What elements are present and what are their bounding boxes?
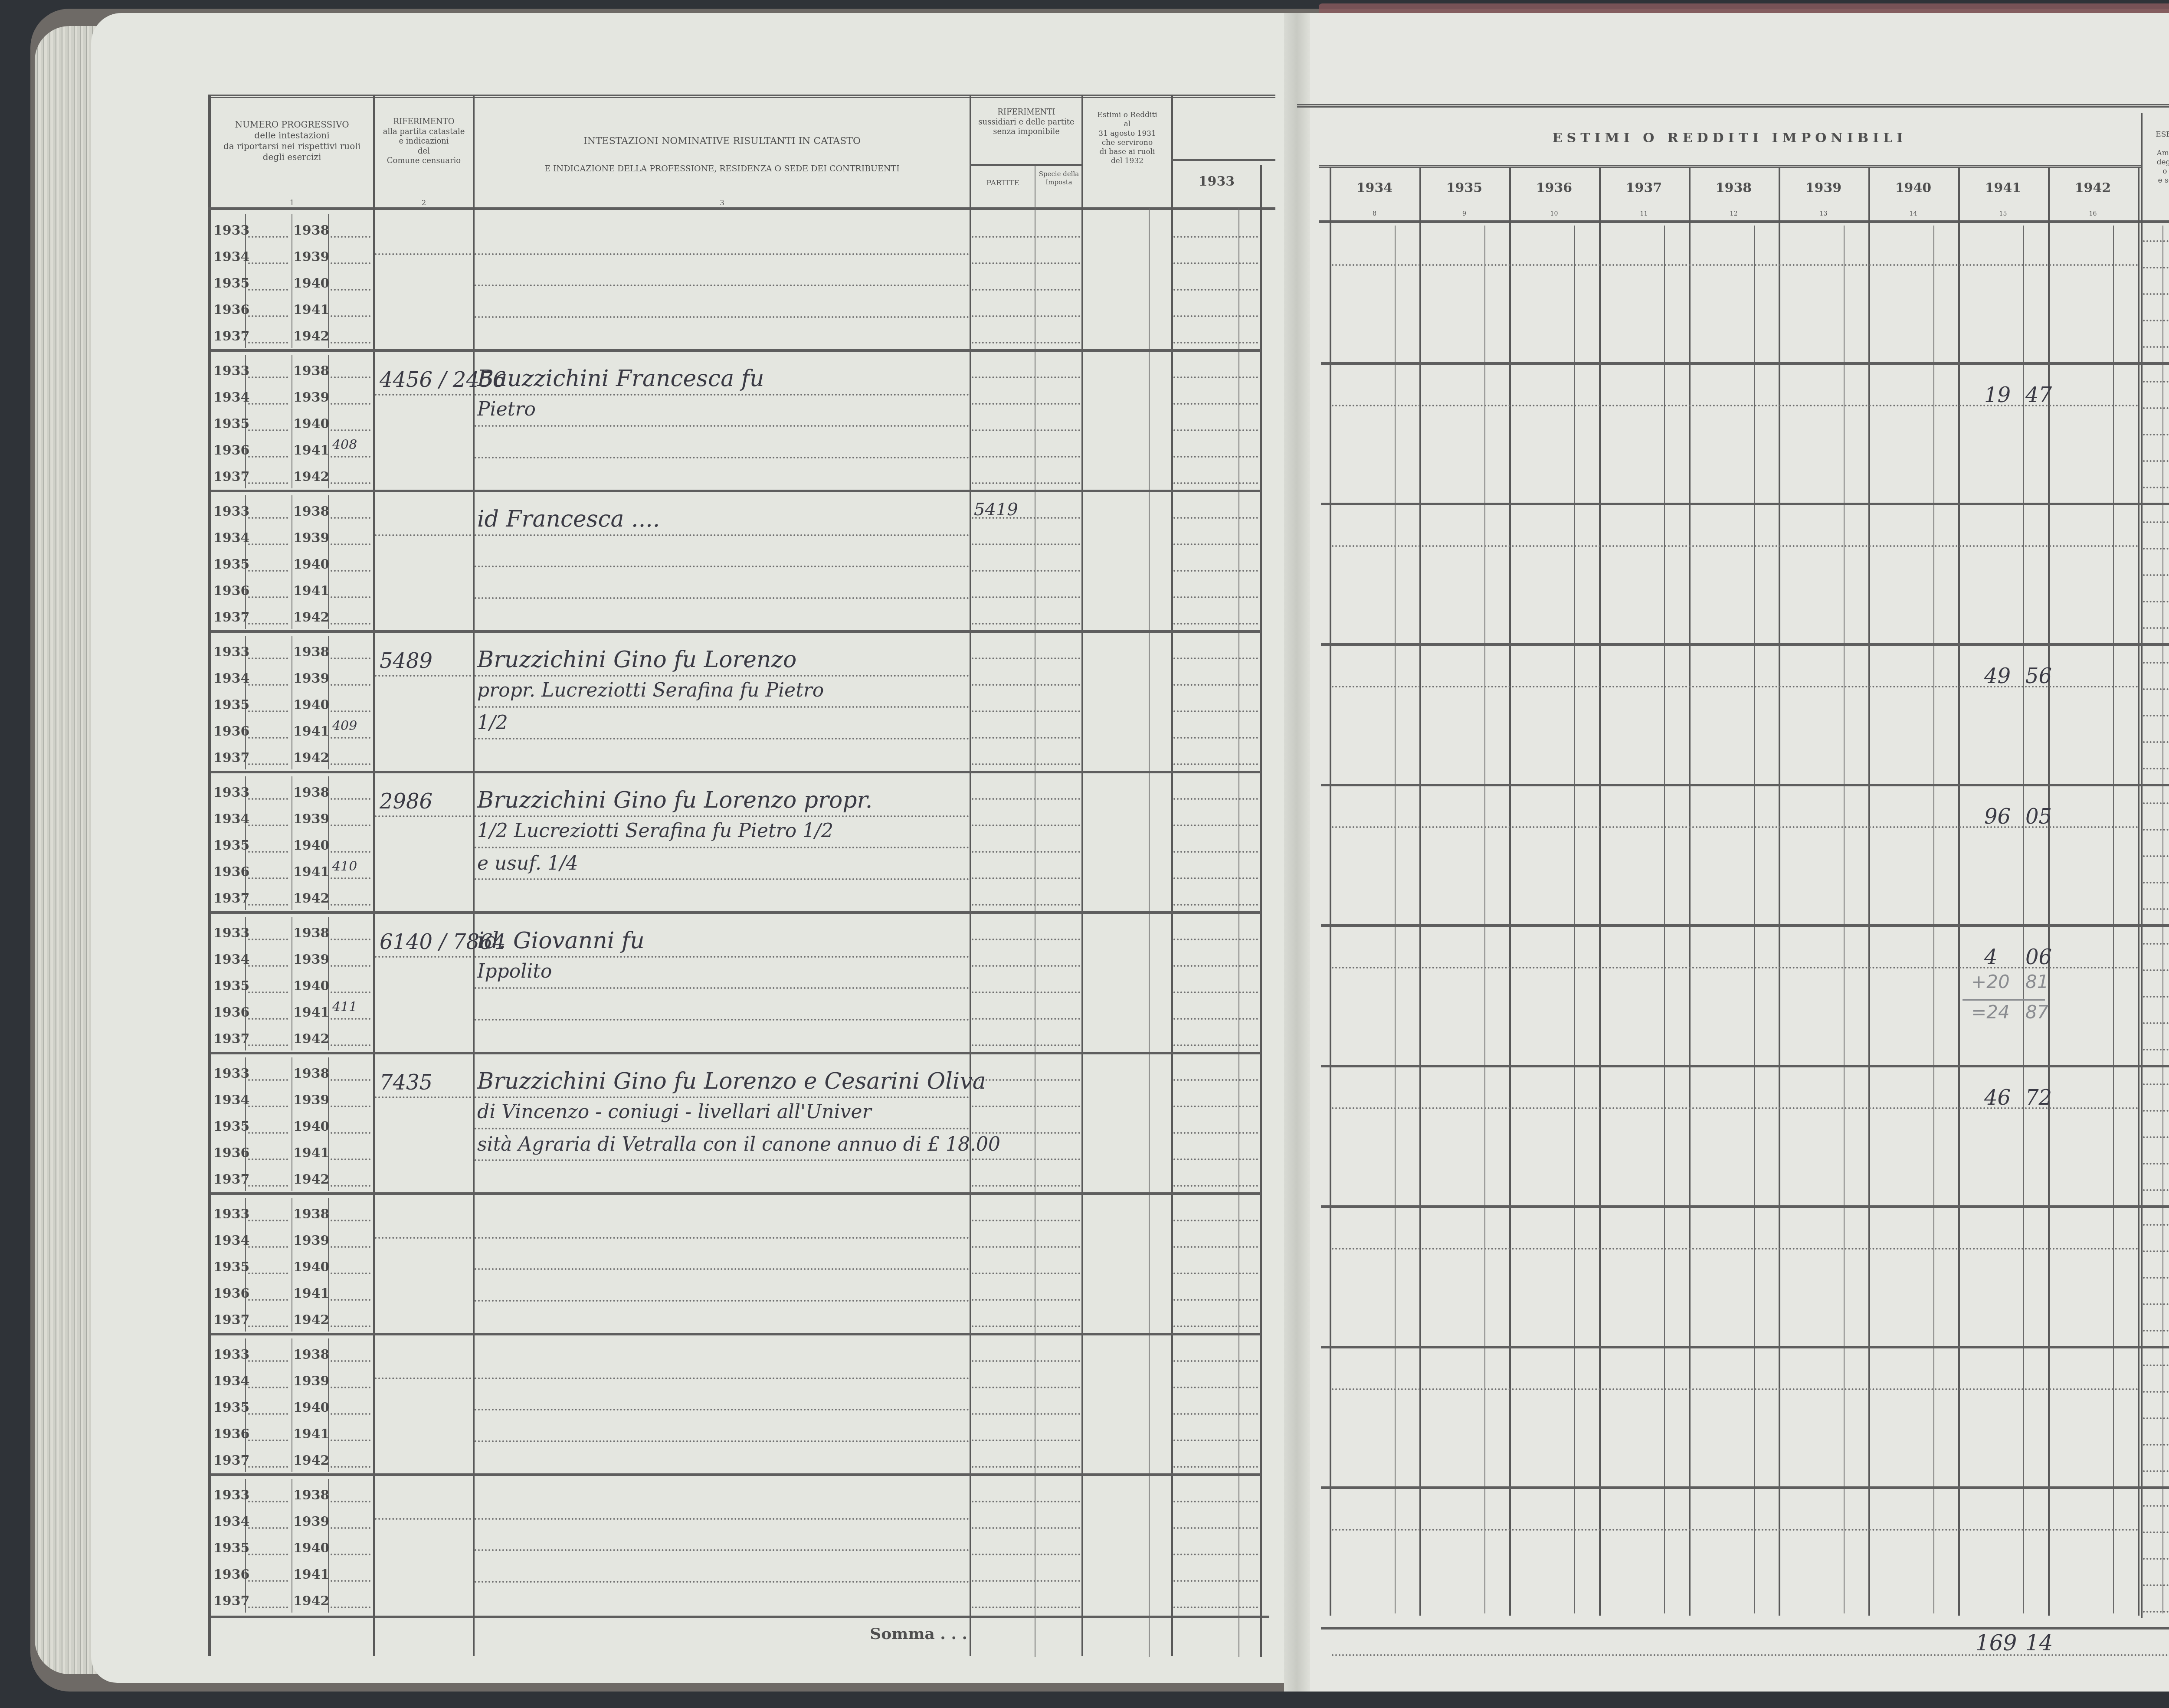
partita-line <box>375 1237 471 1239</box>
year-label: 1940 <box>293 1119 330 1134</box>
col6-line: che servirono <box>1083 138 1171 147</box>
dotted-line <box>331 1018 370 1020</box>
exemption-line <box>2143 1136 2169 1138</box>
dotted-line <box>331 851 370 853</box>
value-line <box>1332 1388 2139 1390</box>
year-label: 1938 <box>293 1066 330 1081</box>
dotted-line <box>972 289 1080 291</box>
year-label: 1935 <box>213 276 250 291</box>
holder-name-line: Bruzzichini Gino fu Lorenzo e Cesarini O… <box>477 1068 986 1094</box>
exemption-line <box>2143 1303 2169 1305</box>
dotted-line <box>248 403 288 405</box>
dotted-line <box>1173 376 1258 378</box>
year-label: 1936 <box>213 583 250 599</box>
row-divider <box>292 495 292 629</box>
dotted-line <box>331 939 370 940</box>
exemption-line <box>2143 855 2169 857</box>
dotted-line <box>972 1273 1080 1274</box>
year-label: 1938 <box>293 1347 330 1362</box>
col1-number: 1 <box>211 199 373 207</box>
dotted-line <box>1173 1360 1258 1362</box>
year-label: 1940 <box>293 557 330 572</box>
income-1941-lire: 49 <box>1984 664 2011 688</box>
dotted-line <box>972 825 1080 826</box>
income-1941-addition-cent: 81 <box>2025 971 2048 992</box>
exemption-line <box>2143 548 2169 550</box>
year-label: 1936 <box>213 1286 250 1301</box>
year-label: 1935 <box>213 1400 250 1415</box>
year-label: 1941 <box>293 583 330 599</box>
dotted-line <box>331 543 370 545</box>
year-label: 1938 <box>293 1488 330 1503</box>
dotted-line <box>1173 236 1258 238</box>
holder-name-line: e usuf. 1/4 <box>477 852 578 874</box>
partita-line <box>375 1378 471 1379</box>
cents-divider <box>1395 226 1396 1613</box>
year-divider <box>1868 167 1870 1616</box>
partita-line <box>375 1096 471 1098</box>
dotted-line <box>1173 684 1258 686</box>
dotted-line <box>331 991 370 993</box>
dotted-line <box>331 684 370 686</box>
dotted-line <box>1173 1387 1258 1388</box>
dotted-line <box>1173 1466 1258 1468</box>
dotted-line <box>248 965 288 967</box>
value-line <box>1332 405 2139 406</box>
dotted-line <box>1173 570 1258 572</box>
dotted-line <box>248 1158 288 1160</box>
exemption-line <box>2143 1250 2169 1252</box>
dotted-line <box>972 1527 1080 1529</box>
dotted-line <box>972 236 1080 238</box>
exemption-line <box>2143 688 2169 690</box>
name-line <box>475 316 969 318</box>
exemption-line <box>2143 1364 2169 1366</box>
exemption-line <box>2143 267 2169 268</box>
year-label: 1938 <box>293 926 330 941</box>
dotted-line <box>248 570 288 572</box>
col-divider <box>1149 208 1150 1657</box>
year-label: 1942 <box>293 1031 330 1047</box>
partite-ref: 5419 <box>974 500 1018 520</box>
block-rule <box>211 349 1261 352</box>
year-label: 1934 <box>213 1514 250 1529</box>
dotted-line <box>972 763 1080 765</box>
year-label: 1939 <box>293 1233 330 1248</box>
exemption-line <box>2143 381 2169 383</box>
dotted-line <box>1173 1044 1258 1046</box>
year-label: 1937 <box>213 1593 250 1609</box>
total-rule <box>1321 1627 2169 1629</box>
dotted-line <box>248 1527 288 1529</box>
year-label: 1942 <box>293 329 330 344</box>
dotted-line <box>1173 517 1258 519</box>
name-line <box>475 1128 969 1129</box>
dotted-line <box>248 342 288 344</box>
dotted-line <box>248 517 288 519</box>
year-label: 1939 <box>293 952 330 967</box>
dotted-line <box>248 710 288 712</box>
year-label: 1942 <box>293 891 330 906</box>
col1-header: NUMERO PROGRESSIVO delle intestazioni da… <box>211 119 373 163</box>
header-top-rule <box>208 95 1275 98</box>
dotted-line <box>972 1607 1080 1608</box>
sum-rule <box>1963 999 2045 1001</box>
year-header: 1941 <box>1958 180 2048 196</box>
value-line <box>1332 1107 2139 1109</box>
value-line <box>1332 545 2139 547</box>
partite-subheader: PARTITE <box>971 179 1035 188</box>
year-col-number: 15 <box>1958 210 2048 218</box>
year-label: 1937 <box>213 750 250 766</box>
year-header: 1936 <box>1509 180 1599 196</box>
total-label: Somma . . . <box>824 1624 967 1644</box>
year-divider <box>1599 167 1601 1616</box>
col-divider <box>970 95 971 1656</box>
partita-line <box>375 394 471 396</box>
year-label: 1942 <box>293 610 330 625</box>
income-1941-cent: 05 <box>2025 805 2052 829</box>
year-label: 1933 <box>213 926 250 941</box>
exemption-line <box>2143 487 2169 488</box>
dotted-line <box>248 658 288 659</box>
block-rule <box>1321 1065 2169 1067</box>
year-col-number: 12 <box>1689 210 1779 218</box>
year-label: 1942 <box>293 1593 330 1609</box>
col-divider <box>1035 165 1035 1657</box>
year-label: 1936 <box>213 1427 250 1442</box>
dotted-line <box>972 1413 1080 1415</box>
year-label: 1935 <box>213 697 250 713</box>
table-bottom-rule <box>211 1616 1269 1618</box>
col7-year-1933: 1933 <box>1173 173 1260 190</box>
exemption-line <box>2143 1470 2169 1472</box>
year-label: 1936 <box>213 1567 250 1582</box>
year-label: 1937 <box>213 1172 250 1187</box>
year-label: 1937 <box>213 469 250 484</box>
value-line <box>1332 264 2139 266</box>
year-label: 1937 <box>213 891 250 906</box>
holder-name-line: Pietro <box>477 398 536 420</box>
dotted-line <box>972 798 1080 800</box>
income-1941-lire: 46 <box>1984 1086 2011 1110</box>
dotted-line <box>248 1044 288 1046</box>
dotted-line <box>331 429 370 431</box>
exemption-line <box>2143 1022 2169 1024</box>
dotted-line <box>1173 798 1258 800</box>
riferimenti-sub-rule <box>970 164 1081 166</box>
name-line <box>475 1096 969 1098</box>
progressive-number: 409 <box>332 718 357 733</box>
year-label: 1934 <box>213 952 250 967</box>
dotted-line <box>1173 456 1258 458</box>
dotted-line <box>1173 1554 1258 1555</box>
col-divider <box>1260 165 1262 1657</box>
exemption-line <box>2143 1417 2169 1419</box>
year-label: 1936 <box>213 302 250 317</box>
name-line <box>475 1378 969 1379</box>
partita-line <box>375 1518 471 1520</box>
col3-title: INTESTAZIONI NOMINATIVE RISULTANTI IN CA… <box>475 135 970 147</box>
dotted-line <box>248 482 288 484</box>
exemption-line <box>2143 574 2169 576</box>
col-divider <box>373 95 375 1656</box>
year-label: 1938 <box>293 363 330 379</box>
year-label: 1935 <box>213 416 250 432</box>
dotted-line <box>331 737 370 739</box>
dotted-line <box>331 570 370 572</box>
dotted-line <box>248 904 288 906</box>
value-line <box>1332 686 2139 687</box>
name-line <box>475 706 969 708</box>
col3-subtitle: E INDICAZIONE DELLA PROFESSIONE, RESIDEN… <box>475 164 970 174</box>
exemption-line <box>2143 346 2169 348</box>
dotted-line <box>331 1554 370 1555</box>
exemption-line <box>2143 1558 2169 1560</box>
progressive-number: 411 <box>332 999 357 1014</box>
dotted-line <box>248 737 288 739</box>
dotted-line <box>972 1299 1080 1301</box>
year-label: 1934 <box>213 249 250 265</box>
name-line <box>475 956 969 958</box>
dotted-line <box>972 1387 1080 1388</box>
dotted-line <box>972 1360 1080 1362</box>
dotted-line <box>331 904 370 906</box>
block-rule <box>1321 643 2169 646</box>
exemption-line <box>2143 627 2169 629</box>
value-line <box>1332 967 2139 969</box>
dotted-line <box>331 1527 370 1529</box>
dotted-line <box>1173 1018 1258 1020</box>
income-1941-addition-lire: =24 <box>1971 1001 2010 1023</box>
name-line <box>475 425 969 427</box>
year-label: 1933 <box>213 1066 250 1081</box>
dotted-line <box>331 1387 370 1388</box>
year-label: 1941 <box>293 1005 330 1020</box>
year-label: 1942 <box>293 469 330 484</box>
cents-divider <box>1754 226 1755 1613</box>
dotted-line <box>331 236 370 238</box>
cents-divider <box>1844 226 1845 1613</box>
dotted-line <box>331 596 370 598</box>
year-label: 1940 <box>293 697 330 713</box>
year-label: 1936 <box>213 864 250 880</box>
block-rule <box>211 1473 1261 1476</box>
dotted-line <box>331 1044 370 1046</box>
dotted-line <box>248 1106 288 1107</box>
year-divider <box>1689 167 1691 1616</box>
year-label: 1941 <box>293 864 330 880</box>
exemption-line <box>2143 293 2169 295</box>
year-label: 1933 <box>213 645 250 660</box>
dotted-line <box>972 684 1080 686</box>
year-label: 1933 <box>213 223 250 238</box>
value-line <box>1332 1248 2139 1250</box>
dotted-line <box>331 376 370 378</box>
dotted-line <box>331 1360 370 1362</box>
income-1941-cent: 06 <box>2025 945 2052 969</box>
year-label: 1939 <box>293 249 330 265</box>
year-label: 1935 <box>213 1119 250 1134</box>
header-bottom-rule <box>208 207 1275 210</box>
col2-line: del <box>375 147 473 157</box>
year-label: 1937 <box>213 1312 250 1328</box>
dotted-line <box>972 342 1080 344</box>
exemption-line <box>2143 521 2169 523</box>
section-title: ESTIMI O REDDITI IMPONIBILI <box>1319 130 2141 147</box>
partita-line <box>375 675 471 677</box>
dotted-line <box>1173 991 1258 993</box>
exemptions-title: ESENZIONI <box>2143 130 2169 139</box>
dotted-line <box>1173 1413 1258 1415</box>
dotted-line <box>248 1607 288 1608</box>
year-header: 1942 <box>2048 180 2138 196</box>
form-code-label: Mod. 111 - Imposte Dirette (Intercalare)… <box>2165 89 2169 99</box>
dotted-line <box>1173 1273 1258 1274</box>
partita-line <box>375 956 471 958</box>
income-1941-cent: 72 <box>2025 1086 2052 1110</box>
year-col-number: 13 <box>1779 210 1868 218</box>
col-divider <box>473 95 475 1656</box>
dotted-line <box>331 1185 370 1187</box>
dotted-line <box>1173 1132 1258 1134</box>
dotted-line <box>1173 710 1258 712</box>
dotted-line <box>972 1018 1080 1020</box>
dotted-line <box>1173 403 1258 405</box>
year-label: 1939 <box>293 1514 330 1529</box>
year-label: 1941 <box>293 1286 330 1301</box>
year-divider <box>2138 167 2140 1616</box>
dotted-line <box>248 851 288 853</box>
dotted-line <box>331 1079 370 1081</box>
dotted-line <box>248 939 288 940</box>
year-label: 1936 <box>213 1145 250 1161</box>
year-col-number: 9 <box>1419 210 1509 218</box>
dotted-line <box>331 763 370 765</box>
exemption-line <box>2143 802 2169 804</box>
year-label: 1933 <box>213 1488 250 1503</box>
year-label: 1940 <box>293 1400 330 1415</box>
year-header: 1938 <box>1689 180 1779 196</box>
partita-line <box>375 815 471 817</box>
dotted-line <box>248 1246 288 1248</box>
name-line <box>475 285 969 286</box>
year-label: 1934 <box>213 671 250 686</box>
progressive-number: 408 <box>332 437 357 452</box>
dotted-line <box>331 1220 370 1221</box>
dotted-line <box>972 262 1080 264</box>
exemption-line <box>2143 1584 2169 1586</box>
dotted-line <box>248 315 288 317</box>
dotted-line <box>248 1185 288 1187</box>
year-header: 1940 <box>1868 180 1958 196</box>
exemption-line <box>2143 1444 2169 1446</box>
holder-name-line: Bruzzichini Gino fu Lorenzo <box>477 647 796 673</box>
year-label: 1941 <box>293 1427 330 1442</box>
dotted-line <box>972 1106 1080 1107</box>
exemption-line <box>2143 882 2169 883</box>
dotted-line <box>1173 289 1258 291</box>
col2-line: Comune censuario <box>375 156 473 166</box>
cents-divider <box>1933 226 1934 1613</box>
year-label: 1934 <box>213 1374 250 1389</box>
dotted-line <box>331 877 370 879</box>
dotted-line <box>331 1158 370 1160</box>
dotted-line <box>331 1440 370 1441</box>
exemption-line <box>2143 1110 2169 1112</box>
dotted-line <box>248 623 288 625</box>
income-1941-lire: 19 <box>1984 383 2011 407</box>
dotted-line <box>972 851 1080 853</box>
dotted-line <box>331 517 370 519</box>
year-header: 1934 <box>1330 180 1419 196</box>
year-label: 1941 <box>293 302 330 317</box>
dotted-line <box>331 1607 370 1608</box>
col6-header: Estimi o Redditi al 31 agosto 1931 che s… <box>1083 111 1171 166</box>
dotted-line <box>248 1387 288 1388</box>
dotted-line <box>972 570 1080 572</box>
dotted-line <box>248 1079 288 1081</box>
specie-imposta-subheader: Specie della Imposta <box>1036 170 1081 187</box>
dotted-line <box>1173 262 1258 264</box>
book-gutter <box>1284 13 1310 1692</box>
block-rule <box>1321 1205 2169 1208</box>
dotted-line <box>972 1440 1080 1441</box>
dotted-line <box>331 1501 370 1502</box>
name-line <box>475 847 969 848</box>
col6-line: del 1932 <box>1083 157 1171 166</box>
progressive-number: 410 <box>332 859 357 874</box>
row-divider <box>292 214 292 348</box>
dotted-line <box>1173 737 1258 739</box>
row-divider <box>292 917 292 1050</box>
col4-line: sussidiari e delle partite <box>971 118 1081 128</box>
year-label: 1938 <box>293 785 330 800</box>
dotted-line <box>1173 482 1258 484</box>
dotted-line <box>1173 658 1258 659</box>
name-line <box>475 566 969 567</box>
year-label: 1938 <box>293 223 330 238</box>
name-line <box>475 253 969 255</box>
holder-name-line: sità Agraria di Vetralla con il canone a… <box>477 1133 1000 1155</box>
year-label: 1936 <box>213 724 250 739</box>
name-line <box>475 675 969 677</box>
exemption-line <box>2143 943 2169 945</box>
dotted-line <box>248 877 288 879</box>
year-label: 1933 <box>213 785 250 800</box>
name-line <box>475 878 969 880</box>
dotted-line <box>248 684 288 686</box>
dotted-line <box>972 1246 1080 1248</box>
exemption-line <box>2143 320 2169 321</box>
dotted-line <box>1173 543 1258 545</box>
dotted-line <box>972 877 1080 879</box>
col2-number: 2 <box>375 199 473 207</box>
exemption-line <box>2143 460 2169 462</box>
dotted-line <box>1173 851 1258 853</box>
dotted-line <box>972 1079 1080 1081</box>
year-label: 1935 <box>213 838 250 853</box>
holder-name-line: Bauzzichini Francesca fu <box>477 366 764 392</box>
dotted-line <box>331 1325 370 1327</box>
dotted-line <box>972 315 1080 317</box>
dotted-line <box>1173 342 1258 344</box>
year-label: 1940 <box>293 1260 330 1275</box>
dotted-line <box>248 543 288 545</box>
year-divider <box>1330 167 1331 1616</box>
block-rule <box>211 911 1261 914</box>
year-label: 1934 <box>213 1093 250 1108</box>
